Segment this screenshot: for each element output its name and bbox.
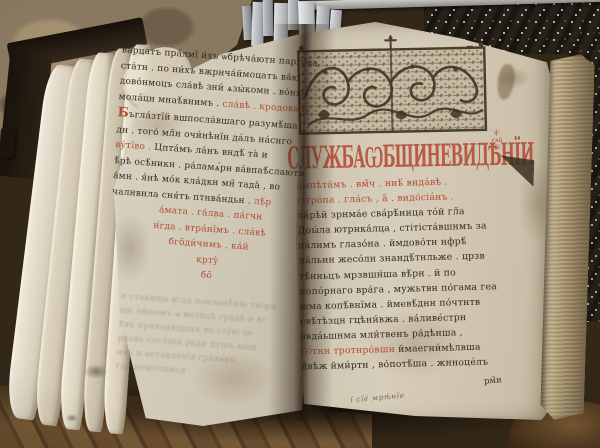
photo-of-open-book: СЛУЖБАѠБЩИНЕВИДѢНЇИ ѱ гла́ в̃і а́мпѣта́м… xyxy=(0,0,600,448)
photo-vignette xyxy=(0,0,600,448)
